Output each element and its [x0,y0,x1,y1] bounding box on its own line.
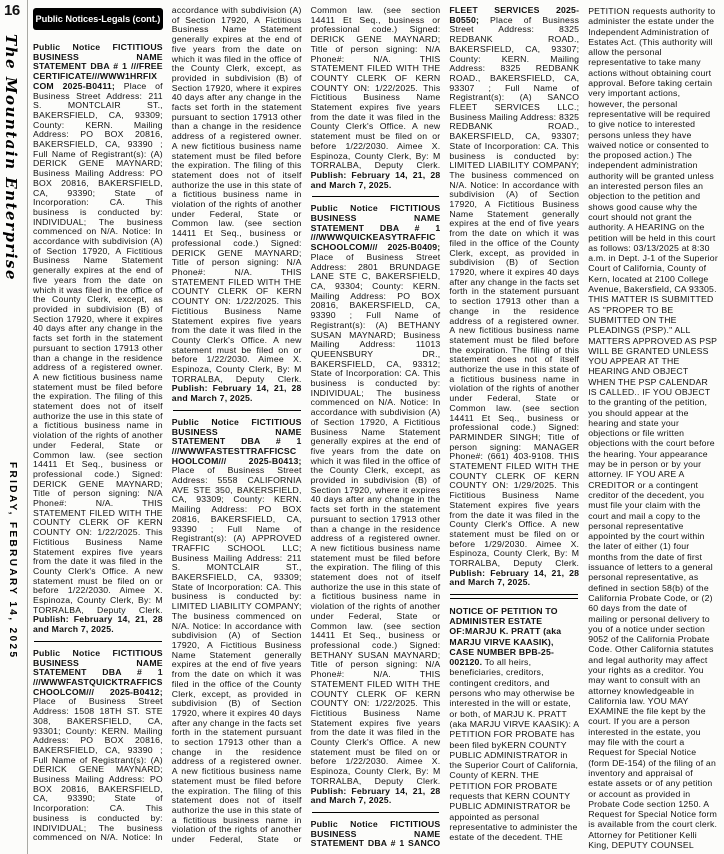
notice-fbn-2025-b0409: Public Notice FICTITIOUS BUSINESS NAME S… [311,204,441,806]
notice-heading: Public Notice FICTITIOUS BUSINESS NAME S… [33,648,163,697]
notice-publish-line: Publish: February 14, 21, 28 and March 7… [311,170,441,190]
notice-divider [173,410,301,411]
notice-body: Place of Business Street Address: 211 S.… [33,81,163,615]
notice-publish-line: Publish: February 14, 21, 28 and March 7… [172,383,302,403]
notice-publish-line: Publish: February 14, 21, 28 and March 7… [33,614,163,634]
notice-heading: Public Notice FICTITIOUS BUSINESS NAME S… [172,417,302,466]
notice-heading: Public Notice FICTITIOUS BUSINESS NAME S… [311,203,441,252]
page-number: 16 [4,2,20,19]
notice-divider-double [450,594,578,599]
newspaper-masthead: The Mountain Enterprise [2,34,20,281]
notice-publish-line: Publish: February 14, 21, 28 and March 7… [449,568,579,588]
edition-date: FRIDAY, FEBRUARY 14, 2025 [7,462,18,659]
notice-fbn-2025-b0411: Public Notice FICTITIOUS BUSINESS NAME S… [33,43,163,635]
notice-body: Place of Business Street Address: 8325 R… [449,15,579,568]
notice-publish-line: Publish: February 14, 21, 28 and March 7… [311,786,441,806]
section-header-bar: Public Notices-Legals (cont.) [33,8,163,30]
section-header-label: Public Notices-Legals (cont.) [36,14,161,24]
notice-divider [312,196,440,197]
notice-body: Place of Business Street Address: 2801 B… [311,252,441,786]
notice-divider [34,641,162,642]
notice-divider [312,812,440,813]
left-edge-masthead-strip: The Mountain Enterprise FRIDAY, FEBRUARY… [0,0,28,854]
legal-notices-columns: Public Notices-Legals (cont.) Public Not… [33,6,718,852]
